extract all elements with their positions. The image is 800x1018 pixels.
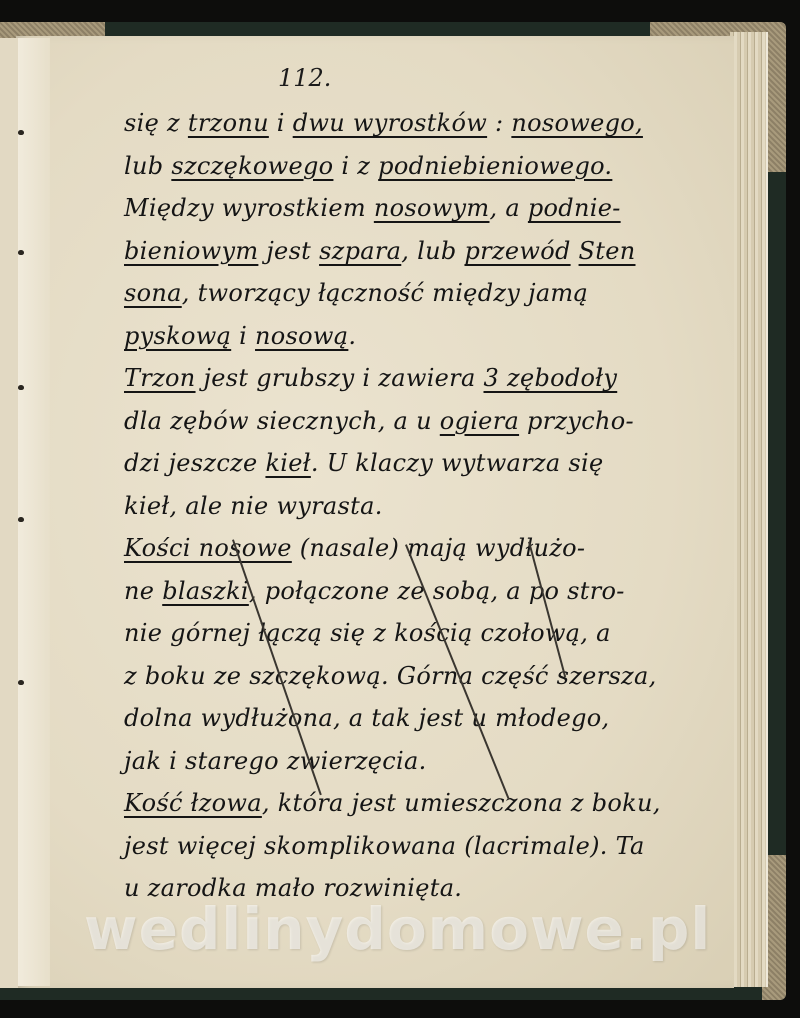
underlined-term: kieł (265, 449, 310, 477)
text-segment: i (231, 322, 255, 350)
underlined-term: sona (124, 279, 182, 307)
text-line: lub szczękowego i z podniebieniowego. (124, 145, 704, 188)
text-segment: jest grubszy i zawiera (196, 364, 484, 392)
text-segment: . (348, 322, 356, 350)
text-segment: , tworzący łączność między jamą (182, 279, 588, 307)
text-segment: ne (124, 577, 162, 605)
underlined-term: Trzon (124, 364, 196, 392)
underlined-term: podniebieniowego. (378, 152, 612, 180)
underlined-term: nosowym (374, 194, 490, 222)
text-segment: dla zębów siecznych, a u (124, 407, 440, 435)
text-segment: : (487, 109, 511, 137)
underlined-term: bieniowym (124, 237, 258, 265)
left-page-edge (0, 38, 19, 988)
text-segment: się z (124, 109, 188, 137)
text-line: się z trzonu i dwu wyrostków : nosowego, (124, 102, 704, 145)
underlined-term: 3 zębodoły (484, 364, 618, 392)
text-segment: i z (333, 152, 378, 180)
text-line: jest więcej skomplikowana (lacrimale). T… (124, 825, 704, 868)
text-segment: nie górnej łączą się z kością czołową, a (124, 619, 611, 647)
text-segment: (nasale) mają wydłużo- (292, 534, 586, 562)
binding-stitch-icon (18, 517, 24, 522)
page-number: 112. (278, 64, 331, 92)
underlined-term: dwu wyrostków (293, 109, 487, 137)
text-line: nie górnej łączą się z kością czołową, a (124, 612, 704, 655)
text-segment: jak i starego zwierzęcia. (124, 747, 427, 775)
text-segment: kieł, ale nie wyrasta. (124, 492, 383, 520)
underlined-term: ogiera (440, 407, 519, 435)
text-line: Między wyrostkiem nosowym, a podnie- (124, 187, 704, 230)
page-edges (730, 32, 768, 987)
text-line: pyskową i nosową. (124, 315, 704, 358)
text-segment: , lub (401, 237, 464, 265)
binding-stitch-icon (18, 680, 24, 685)
binding-stitch-icon (18, 130, 24, 135)
binding-stitch-icon (18, 250, 24, 255)
underlined-term: pyskową (124, 322, 231, 350)
watermark: wedlinydomowe.pl (84, 895, 711, 963)
text-segment: jest więcej skomplikowana (lacrimale). T… (124, 832, 645, 860)
underlined-term: szczękowego (171, 152, 333, 180)
text-line: bieniowym jest szpara, lub przewód Sten (124, 230, 704, 273)
text-line: ne blaszki, połączone ze sobą, a po stro… (124, 570, 704, 613)
text-segment: z boku ze szczękową. Górna część szersza… (124, 662, 657, 690)
text-line: dla zębów siecznych, a u ogiera przycho- (124, 400, 704, 443)
text-segment: jest (258, 237, 319, 265)
text-line: Kość łzowa, która jest umieszczona z bok… (124, 782, 704, 825)
text-line: sona, tworzący łączność między jamą (124, 272, 704, 315)
text-line: Trzon jest grubszy i zawiera 3 zębodoły (124, 357, 704, 400)
text-segment: i (269, 109, 293, 137)
underlined-term: blaszki (162, 577, 249, 605)
handwritten-text: się z trzonu i dwu wyrostków : nosowego,… (124, 102, 704, 910)
binding-stitch-icon (18, 385, 24, 390)
text-segment: przycho- (519, 407, 634, 435)
text-line: dzi jeszcze kieł. U klaczy wytwarza się (124, 442, 704, 485)
underlined-term: Kości nosowe (124, 534, 292, 562)
underlined-term: nosową (255, 322, 348, 350)
text-segment: lub (124, 152, 171, 180)
page-gutter (18, 38, 50, 986)
underlined-term: nosowego, (511, 109, 643, 137)
underlined-term: Sten (579, 237, 636, 265)
underlined-term: przewód (464, 237, 570, 265)
text-line: jak i starego zwierzęcia. (124, 740, 704, 783)
text-segment: dzi jeszcze (124, 449, 265, 477)
text-line: z boku ze szczękową. Górna część szersza… (124, 655, 704, 698)
text-segment: , a (489, 194, 527, 222)
text-line: kieł, ale nie wyrasta. (124, 485, 704, 528)
text-segment: , połączone ze sobą, a po stro- (249, 577, 625, 605)
underlined-term: Kość łzowa (124, 789, 262, 817)
underlined-term: trzonu (188, 109, 269, 137)
text-line: dolna wydłużona, a tak jest u młodego, (124, 697, 704, 740)
text-segment: Między wyrostkiem (124, 194, 374, 222)
text-segment: dolna wydłużona, a tak jest u młodego, (124, 704, 609, 732)
text-segment (571, 237, 579, 265)
underlined-term: szpara (319, 237, 401, 265)
underlined-term: podnie- (528, 194, 621, 222)
text-segment: . U klaczy wytwarza się (311, 449, 604, 477)
text-segment: , która jest umieszczona z boku, (262, 789, 661, 817)
